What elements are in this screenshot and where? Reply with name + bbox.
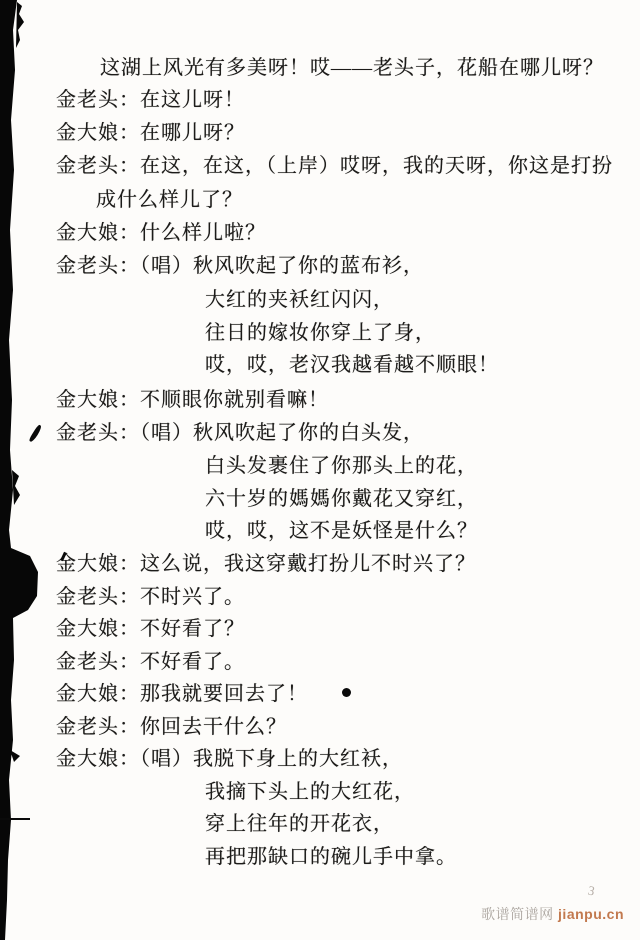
script-line: 哎，哎，这不是妖怪是什么？: [205, 519, 478, 543]
script-line: 白头发裹住了你那头上的花，: [205, 454, 478, 478]
script-line: 金大娘：在哪儿呀？: [56, 121, 245, 145]
script-line: 哎，哎，老汉我越看越不顺眼！: [205, 353, 499, 377]
page-number: 3: [586, 882, 596, 899]
script-line: 大红的夹袄红闪闪，: [205, 288, 394, 312]
script-line: 我摘下头上的大红花，: [205, 780, 415, 804]
script-line: 六十岁的媽媽你戴花又穿红，: [205, 487, 478, 511]
script-line: 金老头：你回去干什么？: [56, 715, 287, 739]
script-line: 这湖上风光有多美呀！哎——老头子，花船在哪儿呀？: [100, 56, 604, 80]
script-line: 金老头：（唱）秋风吹起了你的白头发，: [56, 421, 424, 445]
script-line: 金老头：在这儿呀！: [56, 88, 245, 112]
scanned-script-page: 这湖上风光有多美呀！哎——老头子，花船在哪儿呀？ 金老头：在这儿呀！ 金大娘：在…: [0, 0, 640, 940]
script-line: 金老头：不好看了。: [56, 650, 245, 674]
script-line: 金大娘：不顺眼你就别看嘛！: [56, 388, 329, 412]
script-line: 金大娘：不好看了？: [56, 617, 245, 641]
script-line: 成什么样儿了？: [96, 188, 243, 212]
watermark-site-name: 歌谱简谱网: [481, 906, 554, 922]
script-line: 金大娘：（唱）我脱下身上的大红袄，: [56, 747, 403, 771]
watermark: 歌谱简谱网 jianpu.cn: [481, 904, 624, 924]
watermark-site-url: jianpu.cn: [558, 906, 624, 922]
script-line: 金大娘：这么说，我这穿戴打扮儿不时兴了？: [56, 552, 476, 576]
script-line: 再把那缺口的碗儿手中拿。: [205, 845, 457, 869]
script-line: 金大娘：什么样儿啦？: [56, 221, 266, 245]
script-line: 往日的嫁妆你穿上了身，: [205, 321, 436, 345]
scan-hairline: [0, 818, 30, 820]
script-line: 穿上往年的开花衣，: [205, 812, 394, 836]
script-line: 金老头：（唱）秋风吹起了你的蓝布衫，: [56, 254, 424, 278]
script-line: 金大娘：那我就要回去了！: [56, 682, 308, 706]
ink-blot-dot: [342, 688, 351, 697]
script-line: 金老头：不时兴了。: [56, 585, 245, 609]
script-line: 金老头：在这，在这，（上岸）哎呀，我的天呀，你这是打扮: [56, 154, 613, 178]
binding-edge: [0, 0, 60, 940]
